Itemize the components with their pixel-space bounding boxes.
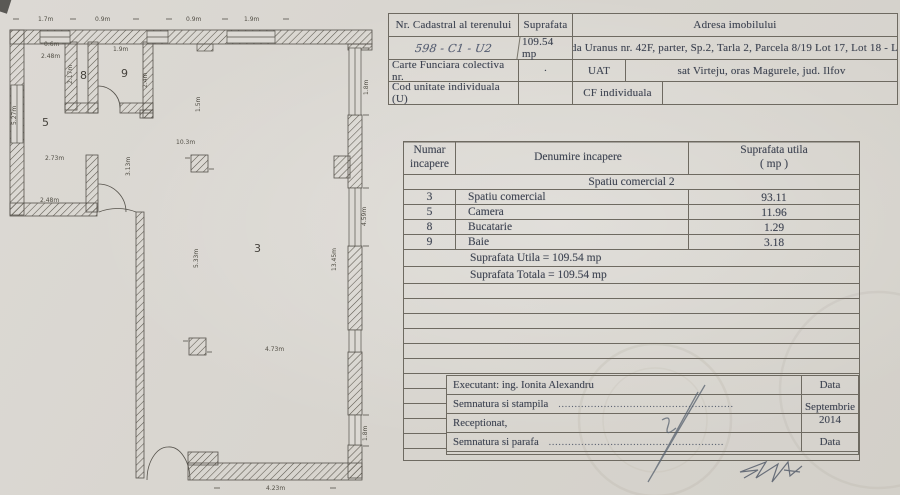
data-year: 2014 xyxy=(819,414,841,427)
empty-row xyxy=(404,329,859,344)
empty-row xyxy=(404,284,859,299)
room-area: 1.29 xyxy=(689,220,859,234)
dimension-label: 0.9m xyxy=(186,16,202,23)
table-row: 8 Bucatarie 1.29 xyxy=(404,220,859,235)
group-title: Spatiu comercial 2 xyxy=(588,176,674,188)
room-number: 8 xyxy=(404,220,456,234)
scanned-cadastral-document: 1.7m0.9m0.9m1.9m0.6m2.48m1.9m2.17m2.4m5.… xyxy=(0,0,900,495)
suprafata-totala-row: Suprafata Totala = 109.54 mp xyxy=(404,267,859,284)
room-area: 11.96 xyxy=(689,205,859,219)
pillar xyxy=(189,338,206,355)
adresa-value: strada Uranus nr. 42F, parter, Sp.2, Tar… xyxy=(573,37,897,59)
carte-funciara-label: Carte Funciara colectiva nr. xyxy=(389,60,519,81)
carte-funciara-dot: · xyxy=(519,60,573,81)
room-number-label: 5 xyxy=(42,116,49,129)
semnatura-stampila-row: Semnatura si stampila ..................… xyxy=(447,395,858,414)
dimension-label: 4.59m xyxy=(361,207,368,226)
dimension-label: 1.9m xyxy=(244,16,260,23)
uat-value: sat Virteju, oras Magurele, jud. Ilfov xyxy=(626,60,897,81)
dimension-label: 2.48m xyxy=(40,197,59,204)
table-row: 9 Baie 3.18 xyxy=(404,235,859,250)
cf-individuala-label: CF individuala xyxy=(573,82,663,104)
rooms-table: Numar incapere Denumire incapere Suprafa… xyxy=(403,141,860,461)
data-month: Septembrie xyxy=(805,401,855,414)
data-column: Data Septembrie 2014 Data xyxy=(801,376,858,452)
dimension-label: 1.8m xyxy=(363,79,370,95)
dimension-label: 2.48m xyxy=(41,53,60,60)
dimension-label: 10.3m xyxy=(176,139,195,146)
executant-box: Executant: ing. Ionita Alexandru Semnatu… xyxy=(446,375,859,455)
dimension-label: 2.4m xyxy=(142,72,149,88)
dimension-label: 0.6m xyxy=(44,41,60,48)
room-number-label: 3 xyxy=(254,242,261,255)
nr-cadastral-label: Nr. Cadastral al terenului xyxy=(389,14,519,36)
empty-row xyxy=(404,299,859,314)
executant-row: Executant: ing. Ionita Alexandru xyxy=(447,376,858,395)
data-value: Septembrie 2014 xyxy=(802,395,858,433)
dimension-label: 4.23m xyxy=(266,485,285,492)
semnatura-parafa-row: Semnatura si parafa ....................… xyxy=(447,433,858,452)
room-name: Spatiu comercial xyxy=(456,190,689,204)
executant-label: Executant: ing. Ionita Alexandru xyxy=(447,379,594,391)
adresa-label: Adresa imobilului xyxy=(573,14,897,36)
dimension-label: 13.45m xyxy=(331,248,338,271)
door-arc xyxy=(98,86,120,108)
floorplan: 1.7m0.9m0.9m1.9m0.6m2.48m1.9m2.17m2.4m5.… xyxy=(0,0,390,495)
room-number-label: 8 xyxy=(80,69,87,82)
room-name: Camera xyxy=(456,205,689,219)
dimension-label: 4.73m xyxy=(265,346,284,353)
dimension-label: 5.33m xyxy=(193,249,200,268)
dotted-line: ........................................… xyxy=(548,399,798,409)
windows xyxy=(11,31,361,445)
nr-cadastral-value-handwritten: 598 - C1 - U2 xyxy=(387,37,520,59)
room-number: 3 xyxy=(404,190,456,204)
suprafata-value: 109.54 mp xyxy=(519,37,573,59)
room-area: 3.18 xyxy=(689,235,859,249)
semnatura-parafa-label: Semnatura si parafa xyxy=(447,436,539,448)
table-row: 3 Spatiu comercial 93.11 xyxy=(404,190,859,205)
empty-row xyxy=(404,314,859,329)
footer-zone: Executant: ing. Ionita Alexandru Semnatu… xyxy=(404,374,859,460)
dimension-label: 1.7m xyxy=(38,16,54,23)
data-label-top: Data xyxy=(802,376,858,395)
room-number: 9 xyxy=(404,235,456,249)
dimension-label: 2.17m xyxy=(67,65,74,84)
door-arc xyxy=(147,447,168,480)
table-row: 5 Camera 11.96 xyxy=(404,205,859,220)
dotted-line: ........................................… xyxy=(539,437,798,447)
header-suprafata-utila: Suprafata utila ( mp ) xyxy=(689,142,859,174)
header-numar-incapere: Numar incapere xyxy=(404,142,456,174)
carte-funciara-row: Carte Funciara colectiva nr. · UAT sat V… xyxy=(389,60,897,82)
dimension-label: 5.27m xyxy=(11,106,18,125)
dimension-label: 1.8m xyxy=(362,425,369,441)
semnatura-stampila-label: Semnatura si stampila xyxy=(447,398,548,410)
group-title-row: Spatiu comercial 2 xyxy=(404,175,859,190)
cod-unitate-row: Cod unitate individuala (U) CF individua… xyxy=(389,82,897,104)
room-name: Bucatarie xyxy=(456,220,689,234)
cod-unitate-label: Cod unitate individuala (U) xyxy=(389,82,519,104)
dimension-label: 1.9m xyxy=(113,46,129,53)
cadastral-table: Nr. Cadastral al terenului Suprafata Adr… xyxy=(388,13,898,105)
suprafata-label: Suprafata xyxy=(519,14,573,36)
uat-label: UAT xyxy=(573,60,626,81)
dimension-label: 3.13m xyxy=(125,157,132,176)
signature-scribble xyxy=(740,462,802,482)
door-arc xyxy=(98,184,126,212)
suprafata-totala: Suprafata Totala = 109.54 mp xyxy=(470,269,607,281)
walls xyxy=(10,30,372,480)
cadastral-row-headers: Nr. Cadastral al terenului Suprafata Adr… xyxy=(389,14,897,37)
rooms-table-header: Numar incapere Denumire incapere Suprafa… xyxy=(404,142,859,175)
dimension-label: 2.73m xyxy=(45,155,64,162)
receptionat-row: Receptionat, xyxy=(447,414,858,433)
header-denumire-incapere: Denumire incapere xyxy=(456,142,689,174)
suprafata-utila-total: Suprafata Utila = 109.54 mp xyxy=(470,252,601,264)
receptionat-label: Receptionat, xyxy=(447,417,507,429)
pillar xyxy=(191,155,208,172)
empty-row xyxy=(404,359,859,374)
floorplan-svg: 1.7m0.9m0.9m1.9m0.6m2.48m1.9m2.17m2.4m5.… xyxy=(0,0,390,495)
door-arc xyxy=(168,447,190,480)
dimension-label: 1.5m xyxy=(195,96,202,112)
room-number: 5 xyxy=(404,205,456,219)
room-number-label: 9 xyxy=(121,67,128,80)
empty-row xyxy=(404,344,859,359)
footer-left-lines xyxy=(404,374,446,454)
dimension-label: 0.9m xyxy=(95,16,111,23)
cadastral-row-values: 598 - C1 - U2 109.54 mp strada Uranus nr… xyxy=(389,37,897,60)
data-label-bottom: Data xyxy=(802,433,858,452)
room-name: Baie xyxy=(456,235,689,249)
suprafata-utila-total-row: Suprafata Utila = 109.54 mp xyxy=(404,250,859,267)
door-arc xyxy=(99,209,136,212)
room-area: 93.11 xyxy=(689,190,859,204)
